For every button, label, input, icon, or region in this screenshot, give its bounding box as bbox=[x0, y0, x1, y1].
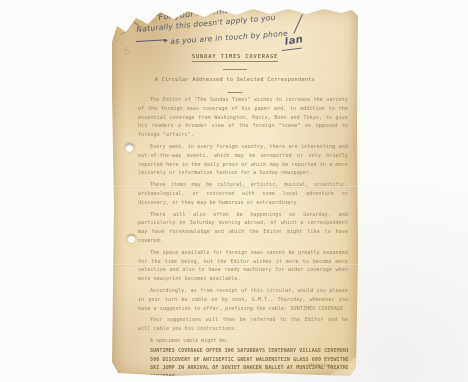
document-signoff: /Kemsley bbox=[308, 363, 332, 369]
document-title-text: SUNDAY TIMES COVERAGE bbox=[192, 54, 278, 62]
document-subtitle: A Circular Addressed to Selected Corresp… bbox=[112, 77, 358, 83]
document-paper: For your information: Naturally this doe… bbox=[112, 6, 358, 376]
signature-underline bbox=[282, 48, 302, 52]
handwritten-note-line3: as you are in touch by phone bbox=[170, 29, 288, 46]
paragraph: The Editor of "The Sunday Times" wishes … bbox=[138, 96, 348, 140]
paragraph: There will also often be happenings on S… bbox=[138, 211, 348, 246]
paragraph: Every week, in every foreign country, th… bbox=[138, 143, 348, 178]
handwritten-arrowhead bbox=[164, 39, 168, 43]
document-body: The Editor of "The Sunday Times" wishes … bbox=[138, 96, 348, 382]
handwritten-slash-stroke bbox=[293, 14, 303, 34]
ink-speck bbox=[167, 8, 171, 12]
handwritten-signature: Ian bbox=[284, 34, 304, 48]
title-divider-rule bbox=[223, 69, 247, 70]
cable-line: SATURDAY bbox=[150, 373, 348, 382]
paragraph: Accordingly, as from receipt of this cir… bbox=[138, 287, 348, 313]
paragraph: These items may be cultural, artistic, m… bbox=[138, 181, 348, 207]
punch-hole bbox=[125, 143, 134, 152]
specimen-cable-intro: A specimen cable might be: bbox=[138, 337, 348, 346]
handwritten-arrow-stroke bbox=[136, 39, 166, 42]
tear-mark bbox=[120, 30, 129, 35]
paragraph: Your suggestions will then be referred t… bbox=[138, 316, 348, 334]
scanned-document-background: For your information: Naturally this doe… bbox=[0, 0, 468, 382]
document-title: SUNDAY TIMES COVERAGE bbox=[112, 54, 358, 60]
punch-hole bbox=[127, 234, 136, 243]
paragraph: The space available for foreign news can… bbox=[138, 249, 348, 284]
cable-line: SUNTIMES COVERAGE OFFER 300 SATURDAYS CE… bbox=[150, 347, 348, 356]
subtitle-divider-rule bbox=[228, 92, 243, 93]
